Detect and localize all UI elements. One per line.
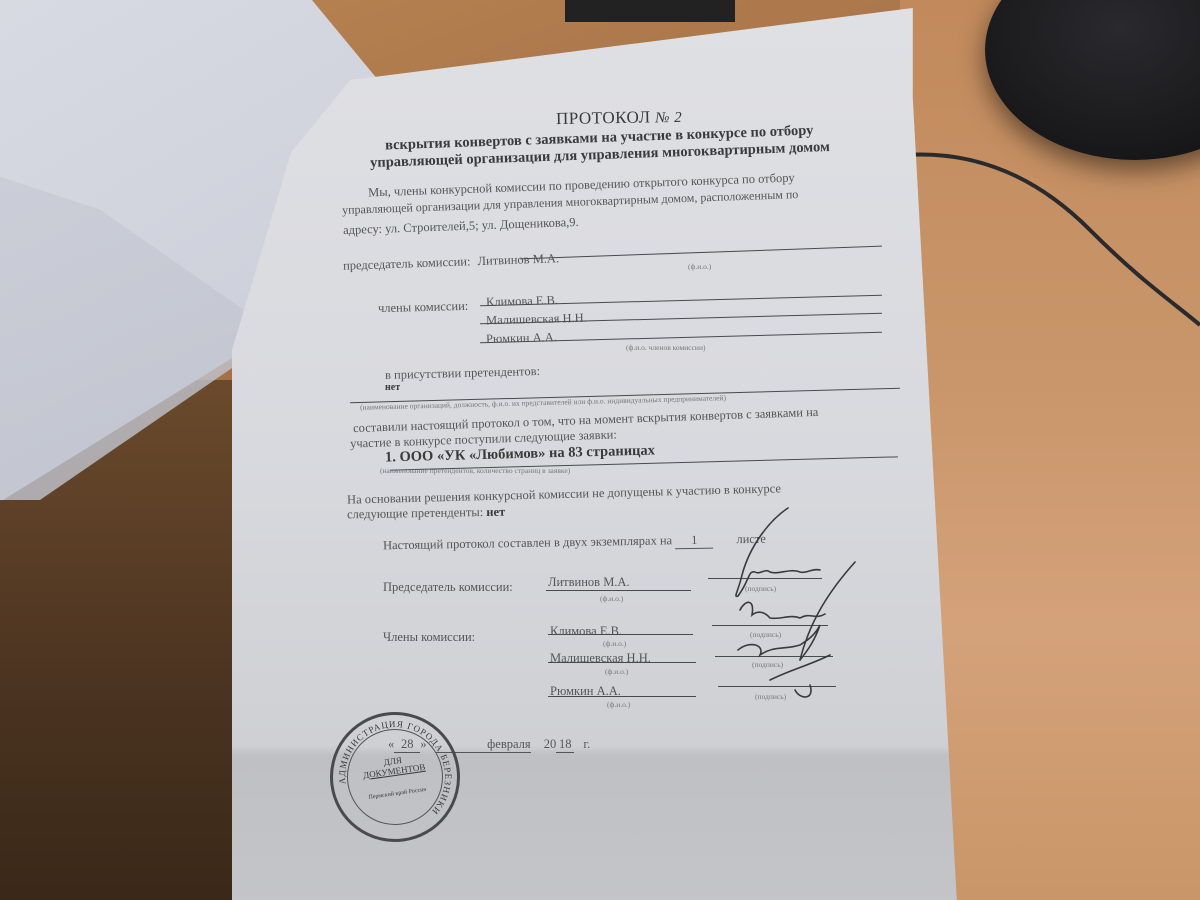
chair-name: Литвинов М.А. bbox=[477, 251, 559, 268]
member-name-1: Климова Е.В. bbox=[486, 293, 558, 310]
stamp-bottom-text: Пермский край Россия bbox=[368, 786, 426, 801]
copies-text: Настоящий протокол составлен в двух экзе… bbox=[383, 533, 672, 552]
stamp-center-line-2: ДОКУМЕНТОВ bbox=[363, 762, 426, 781]
decision-value: нет bbox=[486, 505, 505, 519]
copies-suffix: листе bbox=[736, 532, 766, 547]
member-name-3: Рюмкин А.А. bbox=[486, 330, 557, 347]
member-name-2: Малишевская Н.Н. bbox=[486, 311, 587, 329]
sign-member-signature-caption-3: (подпись) bbox=[755, 692, 786, 701]
members-label: члены комиссии: bbox=[378, 299, 469, 316]
sign-member-name-2: Малишевская Н.Н. bbox=[550, 651, 651, 666]
sign-chair-fio-caption: (ф.и.о.) bbox=[600, 594, 623, 603]
sign-members-label: Члены комиссии: bbox=[383, 630, 475, 645]
members-caption: (ф.и.о. членов комиссии) bbox=[626, 343, 705, 352]
sign-member-caption-3: (ф.и.о.) bbox=[607, 700, 630, 709]
presence-value: нет bbox=[385, 382, 400, 393]
sign-member-underline-3 bbox=[548, 696, 696, 697]
sign-member-underline-2 bbox=[548, 662, 696, 663]
presence-label: в присутствии претендентов: bbox=[385, 364, 540, 383]
copies-row: Настоящий протокол составлен в двух экзе… bbox=[383, 532, 766, 555]
sign-member-signature-line-2 bbox=[715, 656, 833, 657]
date-g: г. bbox=[583, 737, 590, 751]
application-caption: (наименование претендентов, количество с… bbox=[380, 466, 570, 475]
decision-label: следующие претенденты: bbox=[347, 505, 483, 521]
date-year-suffix: 18 bbox=[556, 737, 574, 753]
sign-member-signature-caption-2: (подпись) bbox=[752, 660, 783, 669]
chair-underline bbox=[520, 246, 882, 260]
sign-member-caption-1: (ф.и.о.) bbox=[603, 639, 626, 648]
title-text: ПРОТОКОЛ bbox=[556, 107, 651, 128]
protocol-content: ПРОТОКОЛ № 2 вскрытия конвертов с заявка… bbox=[0, 0, 1200, 900]
sign-member-signature-line-3 bbox=[718, 686, 836, 687]
sign-member-name-1: Климова Е.В. bbox=[550, 624, 622, 639]
protocol-number: № 2 bbox=[655, 110, 682, 126]
sign-member-signature-caption-1: (подпись) bbox=[750, 630, 781, 639]
official-stamp: АДМИНИСТРАЦИЯ ГОРОДА БЕРЕЗНИКИ ДЛЯ ДОКУМ… bbox=[322, 704, 469, 851]
decision-line-1: На основании решения конкурсной комиссии… bbox=[347, 481, 781, 507]
copies-sheets: 1 bbox=[675, 533, 713, 550]
date-year-prefix: 20 bbox=[544, 737, 557, 751]
chair-label: председатель комиссии: bbox=[343, 254, 471, 272]
sign-chair-signature-caption: (подпись) bbox=[745, 584, 776, 593]
sign-chair-signature-line bbox=[708, 578, 822, 579]
document-title: ПРОТОКОЛ № 2 bbox=[556, 107, 683, 129]
intro-line-3: адресу: ул. Строителей,5; ул. Дощеникова… bbox=[343, 215, 579, 238]
sign-chair-name: Литвинов М.А. bbox=[548, 575, 630, 590]
sign-member-signature-line-1 bbox=[712, 625, 828, 626]
sign-member-caption-2: (ф.и.о.) bbox=[605, 667, 628, 676]
sign-chair-label: Председатель комиссии: bbox=[383, 580, 513, 595]
chair-caption: (ф.и.о.) bbox=[688, 262, 711, 271]
sign-chair-name-underline bbox=[546, 590, 691, 591]
chair-row: председатель комиссии: Литвинов М.А. bbox=[343, 251, 560, 274]
sign-member-underline-1 bbox=[548, 634, 693, 635]
decision-line-2: следующие претенденты: нет bbox=[347, 505, 505, 523]
